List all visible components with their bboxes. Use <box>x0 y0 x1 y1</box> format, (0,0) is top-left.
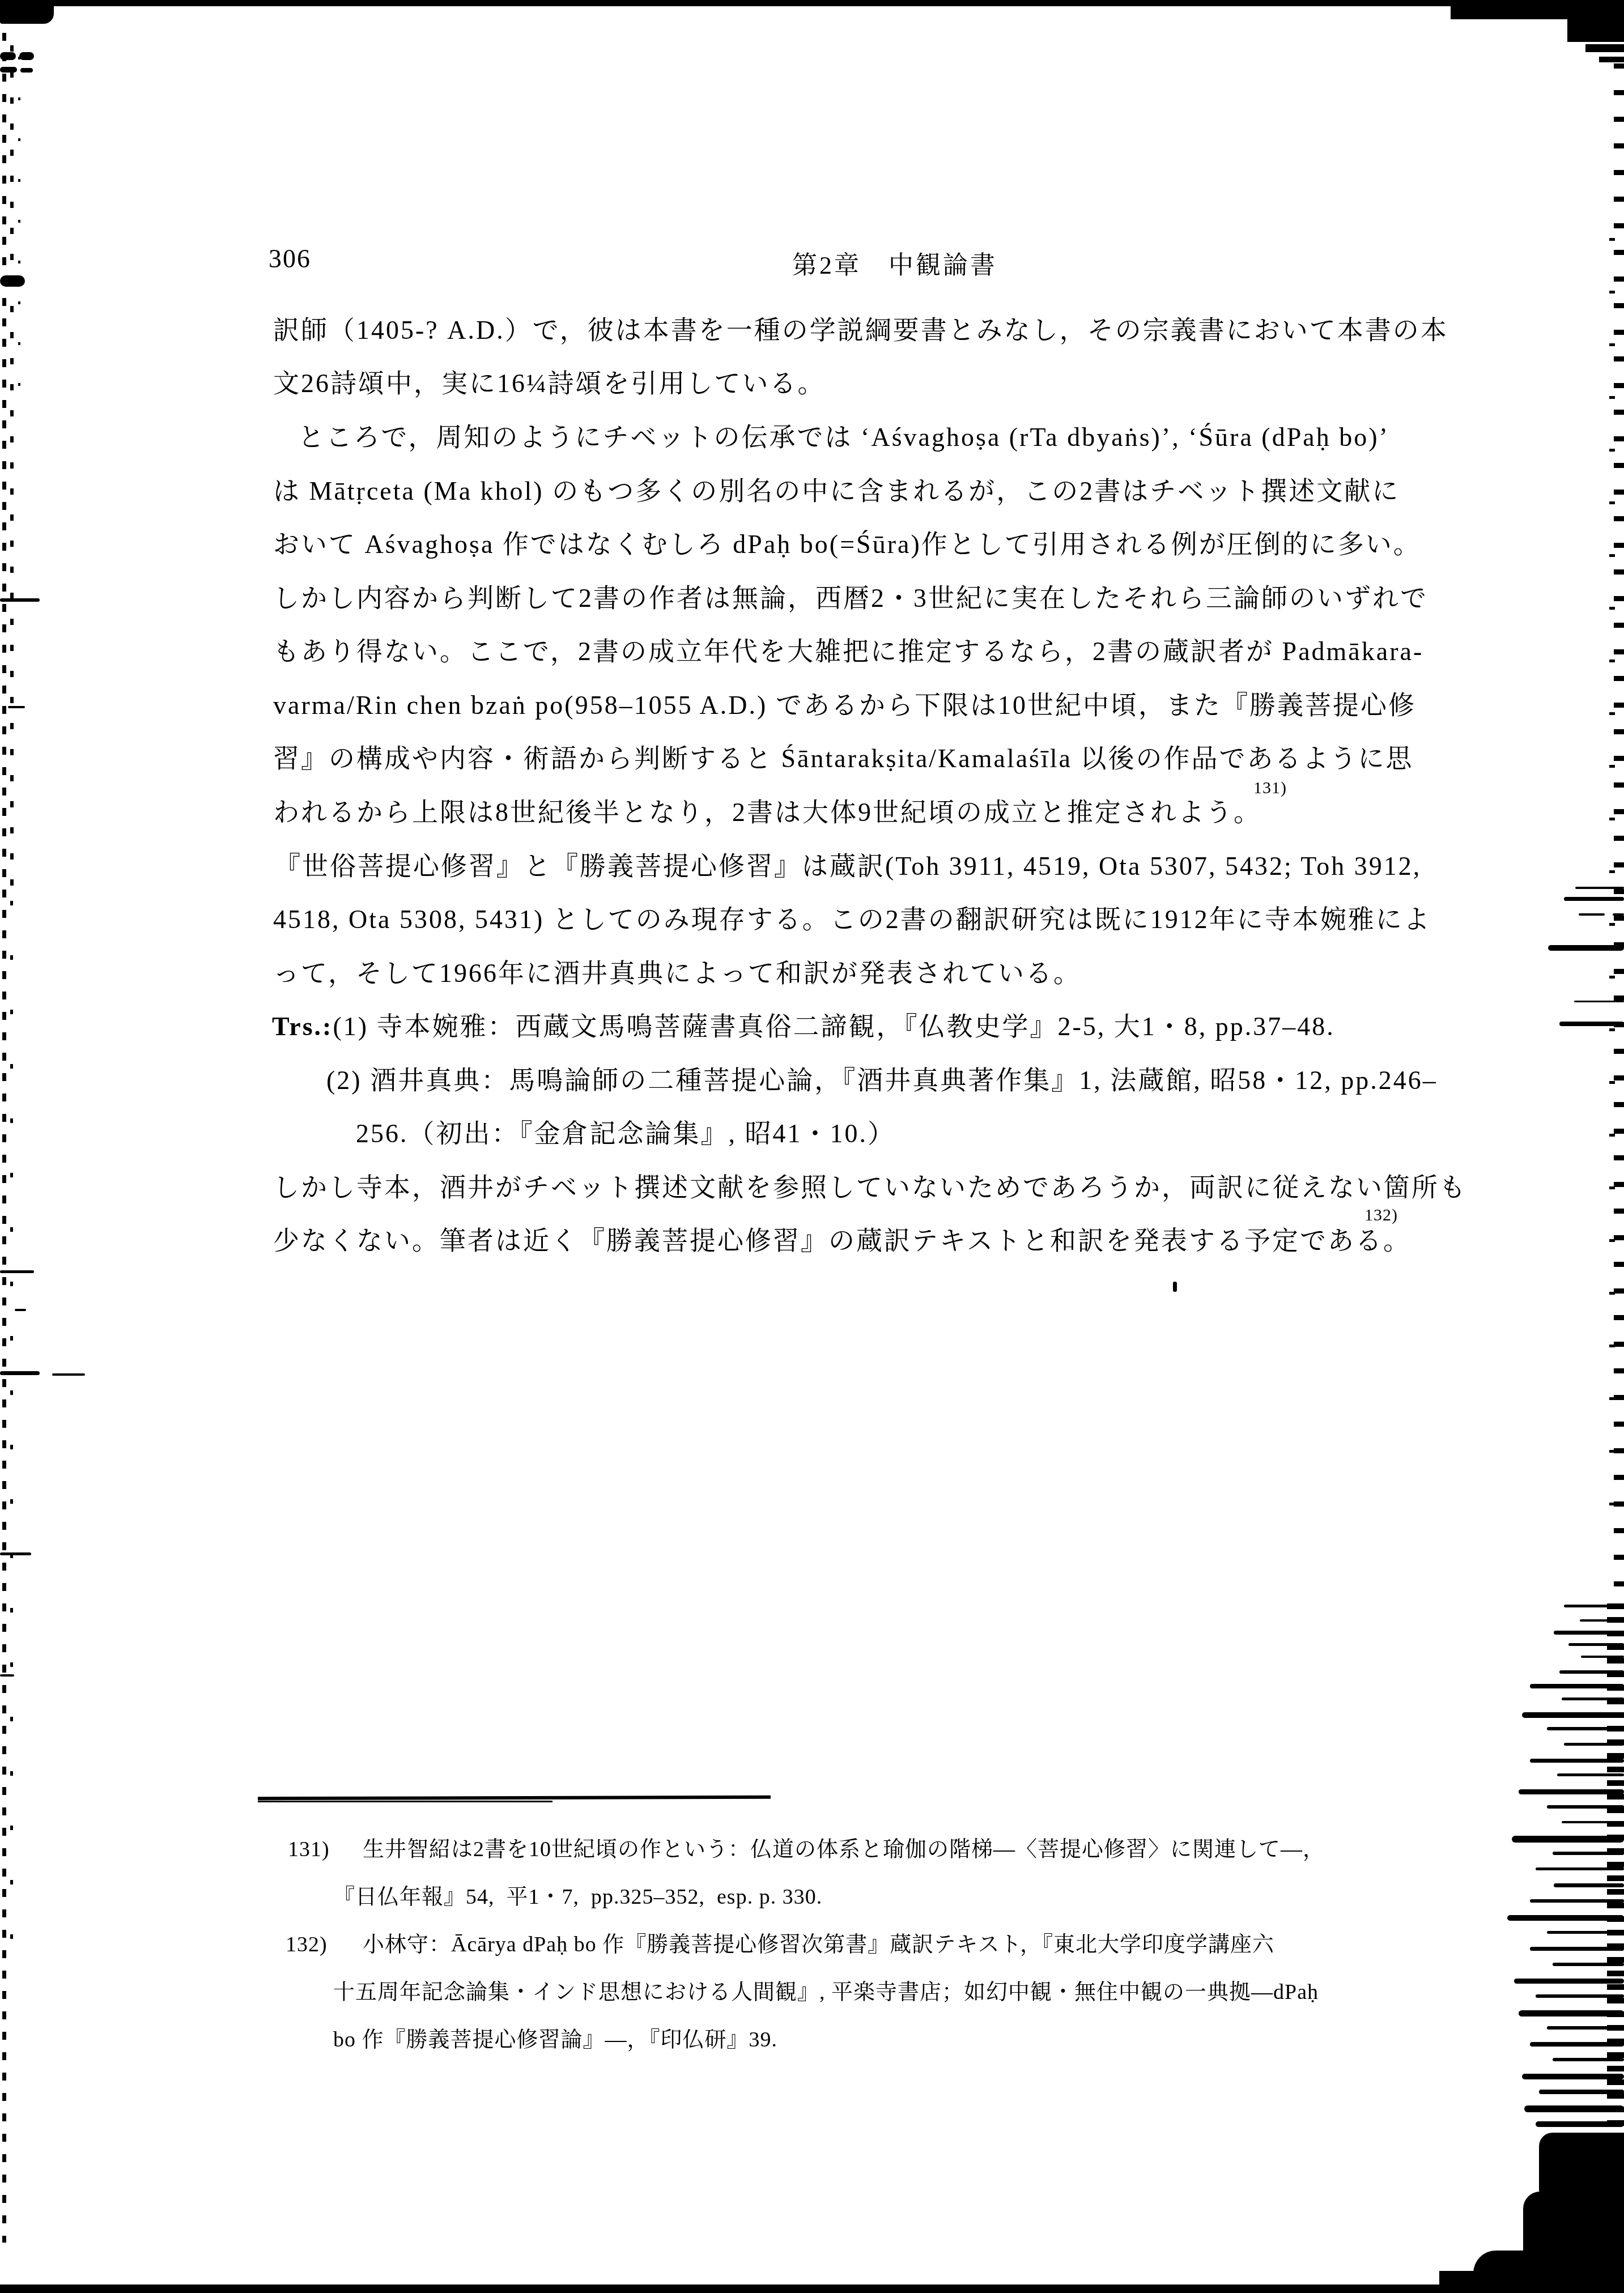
scan-noise-top-left-blob <box>0 0 54 24</box>
scan-streak <box>1562 1698 1624 1700</box>
scan-streak <box>1519 1789 1624 1794</box>
scan-streak <box>1507 1915 1624 1921</box>
scan-streak <box>1522 2074 1624 2079</box>
scan-streak <box>20 68 33 73</box>
scan-streak <box>1581 1656 1624 1658</box>
footnote-separator <box>258 1796 771 1800</box>
scan-streak <box>1575 887 1624 889</box>
footnote-reference-131: 131) <box>1253 778 1287 798</box>
trs-entry-1: (1) 寺本婉雅：西蔵文馬鳴菩薩書真俗二諦観，『仏教史学』2-5, 大1・8, … <box>333 1012 1334 1041</box>
scan-noise-left-dotted-line <box>10 901 13 1977</box>
scan-streak <box>1547 1805 1624 1809</box>
scan-streak <box>1553 1963 1624 1966</box>
scan-streak <box>1557 1773 1624 1776</box>
body-line: 訳師（1405-? A.D.）で，彼は本書を一種の学説綱要書とみなし，その宗義書… <box>273 315 1448 346</box>
footnote-separator-shadow <box>258 1801 552 1802</box>
body-line: しかし内容から判断して2書の作者は無論，西暦2・3世紀に実在したそれら三論師のい… <box>273 583 1428 614</box>
scan-streak <box>1568 1643 1624 1646</box>
scan-streak <box>1559 1670 1624 1674</box>
scan-noise-left-dotted-line <box>2 33 6 2243</box>
body-line: (2) 酒井真典：馬鳴論師の二種菩提心論，『酒井真典著作集』1, 法蔵館, 昭5… <box>326 1065 1438 1096</box>
scan-noise-right-dash-column <box>1609 238 1615 1541</box>
scan-streak <box>1536 2121 1624 2127</box>
scan-streak <box>0 1674 14 1677</box>
footnote-text: 生井智紹は2書を10世紀頃の作という：仏道の体系と瑜伽の階梯―〈菩提心修習〉に関… <box>363 1837 1325 1862</box>
footnote-text: 十五周年記念論集・インド思想における人間観』, 平楽寺書店；如幻中観・無住中観の… <box>333 1980 1319 2005</box>
scanned-book-page: { "page": { "page_number": "306", "chapt… <box>0 0 1624 2293</box>
scan-streak <box>1530 2042 1624 2047</box>
scan-streak <box>1512 1836 1624 1843</box>
scan-noise-top-right-blob <box>1599 57 1624 62</box>
scan-noise-top-right-blob <box>1451 0 1624 19</box>
body-line: は Mātṛceta (Ma khol) のもつ多くの別名の中に含まれるが，この… <box>273 476 1400 507</box>
scan-streak <box>0 1270 34 1273</box>
scan-streak <box>8 706 25 708</box>
trs-label: Trs.: <box>272 1012 333 1041</box>
body-line: って，そして1966年に酒井真典によって和訳が発表されている。 <box>273 958 1081 989</box>
body-line: 少なくない。筆者は近く『勝義菩提心修習』の蔵訳テキストと和訳を発表する予定である… <box>273 1226 1411 1256</box>
scan-streak <box>1564 1605 1624 1607</box>
body-line: 『世俗菩提心修習』と『勝義菩提心修習』は蔵訳(Toh 3911, 4519, O… <box>274 851 1421 882</box>
body-line: 文26詩頌中，実に16¼詩頌を引用している。 <box>273 368 826 399</box>
scan-streak <box>1562 1821 1624 1823</box>
scan-streak <box>1547 1727 1624 1730</box>
scan-noise-left-dotted-line <box>10 45 14 895</box>
scan-noise-bottom-right-blob <box>1539 2133 1624 2196</box>
scan-streak <box>0 1552 31 1555</box>
body-line: おいて Aśvaghoṣa 作ではなくむしろ dPaḥ bo(=Śūra)作とし… <box>273 529 1421 560</box>
scan-streak <box>1554 1631 1624 1635</box>
scan-noise-top-right-blob <box>1585 44 1624 52</box>
scan-streak <box>1536 1994 1624 1998</box>
body-line: 256.（初出：『金倉記念論集』, 昭41・10.） <box>356 1118 895 1149</box>
stray-ink-mark <box>1173 1282 1177 1292</box>
footnote-number: 132) <box>286 1932 328 1958</box>
scan-noise-bottom-right-blob <box>1439 2271 1624 2293</box>
footnote-number: 131) <box>288 1837 330 1862</box>
scan-streak <box>1547 1931 1624 1934</box>
scan-streak <box>1559 1022 1624 1026</box>
scan-streak <box>1530 1684 1624 1688</box>
chapter-header: 第2章 中観論書 <box>792 245 997 281</box>
scan-streak <box>1553 1852 1624 1855</box>
body-line: もあり得ない。ここで，2書の成立年代を大雑把に推定するなら，2書の蔵訳者が Pa… <box>273 636 1423 667</box>
scan-streak <box>1554 1883 1624 1887</box>
footnote-text: bo 作『勝義菩提心修習論』―，『印仏研』39. <box>333 2027 777 2053</box>
scan-noise-left-dotted-line <box>18 57 20 408</box>
scan-streak <box>1580 1619 1624 1622</box>
scan-streak <box>0 598 40 602</box>
scan-streak <box>1519 2010 1624 2017</box>
scan-streak <box>1574 1001 1624 1002</box>
scan-streak <box>1539 2090 1624 2094</box>
scan-streak <box>1548 945 1624 951</box>
scan-streak <box>1547 2026 1624 2030</box>
scan-streak <box>1613 913 1624 916</box>
body-line: しかし寺本，酒井がチベット撰述文献を参照していないためであろうか，両訳に従えない… <box>273 1172 1467 1203</box>
body-line-trs: Trs.:(1) 寺本婉雅：西蔵文馬鳴菩薩書真俗二諦観，『仏教史学』2-5, 大… <box>272 1011 1335 1042</box>
footnote-text: 『日仏年報』54, 平1・7, pp.325–352, esp. p. 330. <box>333 1884 822 1910</box>
scan-noise-top-right-blob <box>1567 17 1624 42</box>
scan-noise-right-dash-column <box>1614 63 1624 1605</box>
scan-noise-top-edge <box>0 0 1624 6</box>
scan-streak <box>1514 1979 1624 1984</box>
scan-streak <box>0 52 16 60</box>
scan-streak <box>1553 2058 1624 2061</box>
scan-streak <box>1524 2105 1624 2112</box>
scan-streak <box>1530 1759 1624 1763</box>
scan-streak <box>1522 1712 1624 1718</box>
footnote-reference-132: 132) <box>1364 1206 1398 1225</box>
scan-streak <box>1579 913 1605 916</box>
scan-streak <box>1530 1947 1624 1951</box>
body-line: 習』の構成や内容・術語から判断すると Śāntarakṣita/Kamalaśī… <box>273 743 1414 774</box>
scan-streak <box>0 275 25 287</box>
footnote-text: 小林守：Ācārya dPaḥ bo 作『勝義菩提心修習次第書』蔵訳テキスト，『… <box>363 1932 1274 1958</box>
scan-streak <box>0 67 17 73</box>
page-number: 306 <box>269 244 311 274</box>
body-line: ところで，周知のようにチベットの伝承では ‘Aśvaghoṣa (rTa dby… <box>298 422 1389 453</box>
scan-streak <box>15 1309 26 1311</box>
scan-streak <box>52 1373 85 1376</box>
body-line: われるから上限は8世紀後半となり，2書は大体9世紀頃の成立と推定されよう。 <box>273 797 1261 828</box>
body-line: varma/Rin chen bzaṅ po(958–1055 A.D.) であ… <box>273 690 1416 721</box>
scan-streak <box>0 1371 40 1375</box>
body-line: 4518, Ota 5308, 5431) としてのみ現存する。この2書の翻訳研… <box>273 904 1431 935</box>
scan-noise-bottom-edge <box>0 2285 1624 2293</box>
scan-streak <box>1564 897 1624 901</box>
scan-streak <box>1536 1867 1624 1870</box>
scan-streak <box>1530 1899 1624 1903</box>
scan-streak <box>1564 1743 1624 1746</box>
scan-streak <box>19 52 34 60</box>
